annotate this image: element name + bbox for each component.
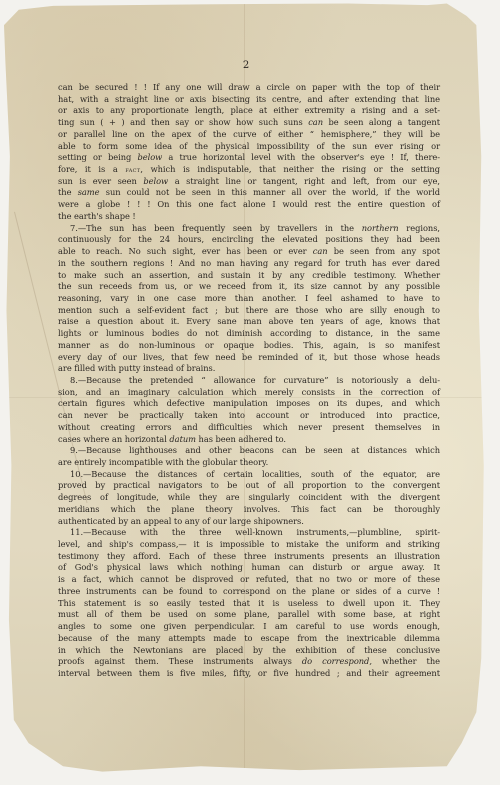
text-line: mention such a self-evident fact ; but t… [58, 305, 440, 317]
text-line: every day of our lives, that few need be… [58, 352, 440, 364]
italic-emphasis: datum [169, 434, 196, 444]
text-line: able to reach. No such sight, ever has b… [58, 246, 440, 258]
text-line: 7.—The sun has been frequently seen by t… [58, 223, 440, 235]
text-line: This statement is so easily tested that … [58, 598, 440, 610]
text-line: proofs against them. These instruments a… [58, 656, 440, 668]
text-line: the sun receeds from us, or we receed fr… [58, 281, 440, 293]
small-caps-emphasis: fact [125, 165, 140, 174]
text-line: manner as do non-luminous or opaque bodi… [58, 340, 440, 352]
text-line: hat, with a straight line or axis bisect… [58, 94, 440, 106]
text-line: sion, and an imaginary calculation which… [58, 387, 440, 399]
text-line: setting or being below a true horizontal… [58, 152, 440, 164]
text-line: raise a question about it. Every sane ma… [58, 316, 440, 328]
italic-emphasis: can [313, 246, 328, 256]
text-line: three instruments can be found to corres… [58, 586, 440, 598]
text-line: angles to some one given perpendicular. … [58, 621, 440, 633]
text-line: 10.—Because the distances of certain loc… [58, 469, 440, 481]
text-line: are entirely incompatible with the globu… [58, 457, 440, 469]
text-line: ting sun ( + ) and then say or show how … [58, 117, 440, 129]
text-line: is a fact, which cannot be disproved or … [58, 574, 440, 586]
text-line: reasoning, vary in one case more than an… [58, 293, 440, 305]
text-line: 8.—Because the pretended “ allowance for… [58, 375, 440, 387]
text-line: 11.—Because with the three well-known in… [58, 527, 440, 539]
text-line: fore, it is a fact, which is indisputabl… [58, 164, 440, 176]
page-number: 2 [0, 60, 492, 71]
text-line: lights or luminous bodies do not diminis… [58, 328, 440, 340]
text-line: of God's physical laws which nothing hum… [58, 562, 440, 574]
text-line: proved by practical navigators to be out… [58, 480, 440, 492]
text-line: the earth's shape ! [58, 211, 440, 223]
text-line: in the southern regions ! And no man hav… [58, 258, 440, 270]
text-line: authenticated by an appeal to any of our… [58, 516, 440, 528]
italic-emphasis: can [308, 117, 323, 127]
italic-emphasis: northern [362, 223, 399, 233]
text-line: or axis to any proportionate length, pla… [58, 105, 440, 117]
text-line: interval between them is five miles, fif… [58, 668, 440, 680]
italic-emphasis: same [78, 187, 100, 197]
text-line: sun is ever seen below a straight line o… [58, 176, 440, 188]
text-line: to make such an assertion, and sustain i… [58, 270, 440, 282]
text-line: were a globe ! ! ! On this one fact alon… [58, 199, 440, 211]
text-line: certain figures which defective manipula… [58, 398, 440, 410]
text-line: must all of them be used on some plane, … [58, 609, 440, 621]
italic-emphasis: do correspond, [302, 656, 372, 666]
body-text: can be secured ! ! If any one will draw … [58, 82, 440, 680]
text-line: degrees of longitude, while they are sin… [58, 492, 440, 504]
text-line: without creating errors and difficulties… [58, 422, 440, 434]
text-line: can never be practically taken into acco… [58, 410, 440, 422]
text-line: cases where an horizontal datum has been… [58, 434, 440, 446]
text-line: are filled with putty instead of brains. [58, 363, 440, 375]
text-line: continuously for the 24 hours, encirclin… [58, 234, 440, 246]
italic-emphasis: below [137, 152, 162, 162]
text-line: because of the many attempts made to esc… [58, 633, 440, 645]
text-line: the same sun could not be seen in this m… [58, 187, 440, 199]
text-line: testimony they afford. Each of these thr… [58, 551, 440, 563]
text-line: in which the Newtonians are placed by th… [58, 645, 440, 657]
text-line: level, and ship's compass,— it is imposs… [58, 539, 440, 551]
text-line: able to form some idea of the physical i… [58, 141, 440, 153]
text-line: 9.—Because lighthouses and other beacons… [58, 445, 440, 457]
italic-emphasis: below [143, 176, 168, 186]
text-line: or parallel line on the apex of the curv… [58, 129, 440, 141]
text-line: can be secured ! ! If any one will draw … [58, 82, 440, 94]
text-line: meridians which the plane theory involve… [58, 504, 440, 516]
